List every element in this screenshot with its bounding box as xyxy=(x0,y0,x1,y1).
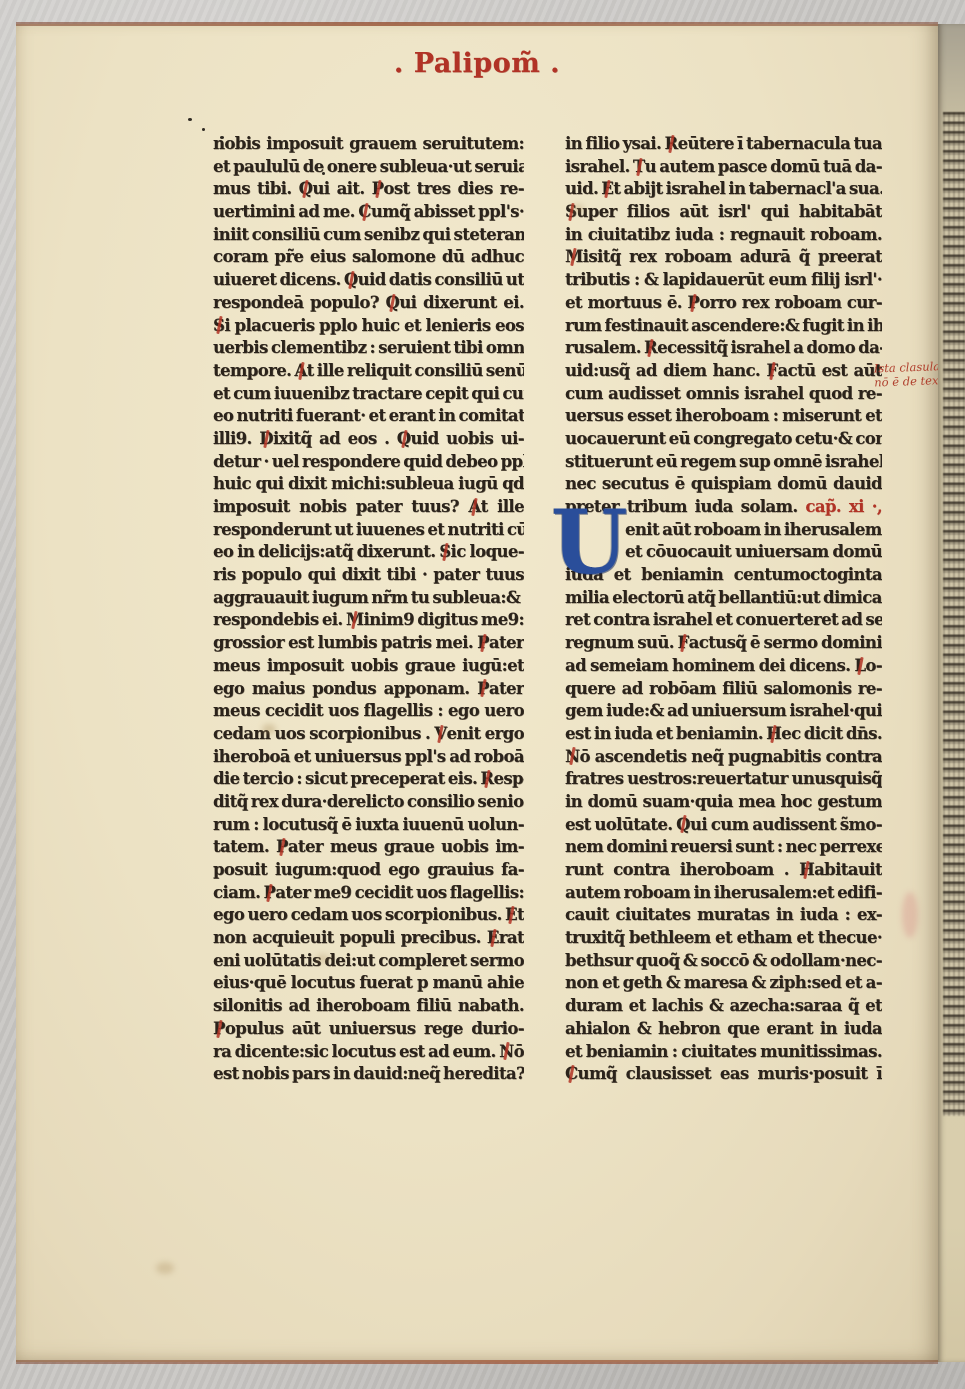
text-line: respondeā populo? Qui dixerunt ei. xyxy=(213,292,524,315)
stain xyxy=(156,1262,174,1274)
text-line: rum : locutusq̃ ē iuxta iuuenū uolun- xyxy=(213,814,524,837)
text-line: uid. Et abijt israhel in tabernacl'a sua… xyxy=(565,178,882,201)
text-line: ad semeiam hominem dei dicens. Lo- xyxy=(565,655,882,678)
text-line: bethsur quoq̃ & soccō & odollam·nec- xyxy=(565,950,882,973)
text-line: ris populo qui dixit tibi · pater tuus xyxy=(213,564,524,587)
text-line: et mortuus ē. Porro rex roboam cur- xyxy=(565,292,882,315)
text-line: huic qui dixit michi:subleua iugū qd xyxy=(213,473,524,496)
text-line: illi9. Dixitq̃ ad eos . Quid uobis ui- xyxy=(213,428,524,451)
text-line: eni uolūtatis dei:ut compleret sermo xyxy=(213,950,524,973)
text-line: ciam. Pater me9 cecidit uos flagellis: xyxy=(213,882,524,905)
text-line: rum festinauit ascendere:& fugit in ihe- xyxy=(565,315,882,338)
text-line: uertimini ad me. Cumq̃ abisset ppl's· xyxy=(213,201,524,224)
chapter-marker: cap̃. xi ·, xyxy=(805,497,882,516)
text-line: iheroboā et uniuersus ppl's ad roboā xyxy=(213,746,524,769)
text-column-right: U in filio ysai. Reūtere ī tabernacula… xyxy=(565,133,882,1086)
text-line: tatem. Pater meus graue uobis im- xyxy=(213,836,524,859)
illuminated-initial: U xyxy=(551,513,617,574)
text-line: et cōuocauit uniuersam domū xyxy=(625,541,882,564)
text-line: non et geth & maresa & ziph:sed et a- xyxy=(565,972,882,995)
text-line: aggrauauit iugum nr̃m tu subleua:& sic xyxy=(213,587,524,610)
text-line: est in iuda et beniamin. Hec dicit dn̄s. xyxy=(565,723,882,746)
text-line: tempore. At ille reliquit consiliū senu… xyxy=(213,360,524,383)
text-line: gem iude:& ad uniuersum israhel·qui xyxy=(565,700,882,723)
text-line: Cumq̃ clausisset eas muris·posuit ī xyxy=(565,1063,882,1086)
text-line: coram pr̃e eius salomone dū adhuc xyxy=(213,246,524,269)
text-line: ret contra israhel et conuerteret ad se xyxy=(565,609,882,632)
text-line: grossior est lumbis patris mei. Pater xyxy=(213,632,524,655)
text-line: est uolūtate. Qui cum audissent s̃mo- xyxy=(565,814,882,837)
text-line: tributis : & lapidauerūt eum filij isrl… xyxy=(565,269,882,292)
running-head: . Palipom̃ . xyxy=(16,48,938,79)
text-line: nem domini reuersi sunt : nec perrexe- xyxy=(565,836,882,859)
text-line: ditq̃ rex dura·derelicto consilio senio- xyxy=(213,791,524,814)
text-line: Misitq̃ rex roboam adurā q̃ preerat xyxy=(565,246,882,269)
text-line: meus cecidit uos flagellis : ego uero xyxy=(213,700,524,723)
text-line: et cum iuuenibz tractare cepit qui cum xyxy=(213,383,524,406)
text-line: die tercio : sicut preceperat eis. Respo… xyxy=(213,768,524,791)
text-column-left: nobis imposuit grauem seruitutem:et paul… xyxy=(213,133,524,1086)
text-line: uerbis clementibz : seruient tibi omni xyxy=(213,337,524,360)
text-line: eo in delicijs:atq̃ dixerunt. Sic loque- xyxy=(213,541,524,564)
ink-speck xyxy=(188,118,192,121)
text-line: mus tibi. Qui ait. Post tres dies re- xyxy=(213,178,524,201)
text-line: Populus aūt uniuersus rege durio- xyxy=(213,1018,524,1041)
text-line: cauit ciuitates muratas in iuda : ex- xyxy=(565,904,882,927)
text-line: enit aūt roboam in iherusalem: xyxy=(625,519,882,542)
text-line: silonitis ad iheroboam filiū nabath. xyxy=(213,995,524,1018)
text-line: Super filios aūt isrl' qui habitabāt xyxy=(565,201,882,224)
text-line: imposuit nobis pater tuus? At ille xyxy=(213,496,524,519)
text-line: in filio ysai. Reūtere ī tabernacula t… xyxy=(565,133,882,156)
text-line: posuit iugum:quod ego grauius fa- xyxy=(213,859,524,882)
text-line: meus imposuit uobis graue iugū:et xyxy=(213,655,524,678)
text-line: iniit consiliū cum senibz qui steterant xyxy=(213,224,524,247)
text-line: stituerunt eū regem sup omnē israhel: xyxy=(565,451,882,474)
text-line: in ciuitatibz iuda : regnauit roboam. xyxy=(565,224,882,247)
facing-page-edge xyxy=(938,24,965,1362)
stain xyxy=(572,204,584,213)
text-line: et paululū de onere subleua·ut seruia- xyxy=(213,156,524,179)
text-line: regnum suū. Factusq̃ ē sermo domini xyxy=(565,632,882,655)
text-line: autem roboam in iherusalem:et edifi- xyxy=(565,882,882,905)
text-line: detur · uel respondere quid debeo pplo xyxy=(213,451,524,474)
text-line: runt contra iheroboam . Habitauit xyxy=(565,859,882,882)
text-line: duram et lachis & azecha:saraa q̃ et xyxy=(565,995,882,1018)
ink-speck xyxy=(322,172,325,175)
text-line: quere ad robōam filiū salomonis re- xyxy=(565,678,882,701)
stain xyxy=(902,892,918,938)
text-line: nobis imposuit grauem seruitutem: xyxy=(213,133,524,156)
text-line: cum audisset omnis israhel quod re- xyxy=(565,383,882,406)
stain xyxy=(316,954,329,963)
text-line: rusalem. Recessitq̃ israhel a domo da- xyxy=(565,337,882,360)
text-line: ego uero cedam uos scorpionibus. Et xyxy=(213,904,524,927)
text-line: ra dicente:sic locutus est ad eum. Nō xyxy=(213,1041,524,1064)
facing-page-text-edge xyxy=(943,112,965,1116)
text-line: ego maius pondus apponam. Pater xyxy=(213,678,524,701)
text-line: Nō ascendetis neq̃ pugnabitis contra xyxy=(565,746,882,769)
text-line: non acquieuit populi precibus. Erat xyxy=(213,927,524,950)
text-line: uid:usq̃ ad diem hanc. Factū est aūt xyxy=(565,360,882,383)
text-line: israhel. Tu autem pasce domū tuā da- xyxy=(565,156,882,179)
text-line: et beniamin : ciuitates munitissimas. xyxy=(565,1041,882,1064)
text-line: ahialon & hebron que erant in iuda xyxy=(565,1018,882,1041)
text-line: fratres uestros:reuertatur unusquisq̃ xyxy=(565,768,882,791)
text-line: in domū suam·quia mea hoc gestum xyxy=(565,791,882,814)
text-line: est nobis pars in dauid:neq̃ heredita? xyxy=(213,1063,524,1086)
ink-speck xyxy=(202,128,205,131)
text-line: uiueret dicens. Quid datis consiliū ut xyxy=(213,269,524,292)
text-line: eo nutriti fuerant· et erant in comitatu xyxy=(213,405,524,428)
text-line: uersus esset iheroboam : miserunt et xyxy=(565,405,882,428)
text-line: truxitq̃ bethleem et etham et thecue· xyxy=(565,927,882,950)
manuscript-page: . Palipom̃ . nobis imposuit grauem serui… xyxy=(16,24,938,1362)
text-line: uocauerunt eū congregato cetu·& con- xyxy=(565,428,882,451)
manuscript-photo: . Palipom̃ . nobis imposuit grauem serui… xyxy=(0,0,965,1389)
ink-speck xyxy=(220,136,224,139)
text-line: cedam uos scorpionibus . Venit ergo xyxy=(213,723,524,746)
stain xyxy=(262,724,276,734)
text-line: responderunt ut iuuenes et nutriti cū xyxy=(213,519,524,542)
text-line: respondebis ei. Minim9 digitus me9: xyxy=(213,609,524,632)
text-line: Si placueris pplo huic et lenieris eos xyxy=(213,315,524,338)
text-line: eius·quē locutus fuerat p manū ahie xyxy=(213,972,524,995)
